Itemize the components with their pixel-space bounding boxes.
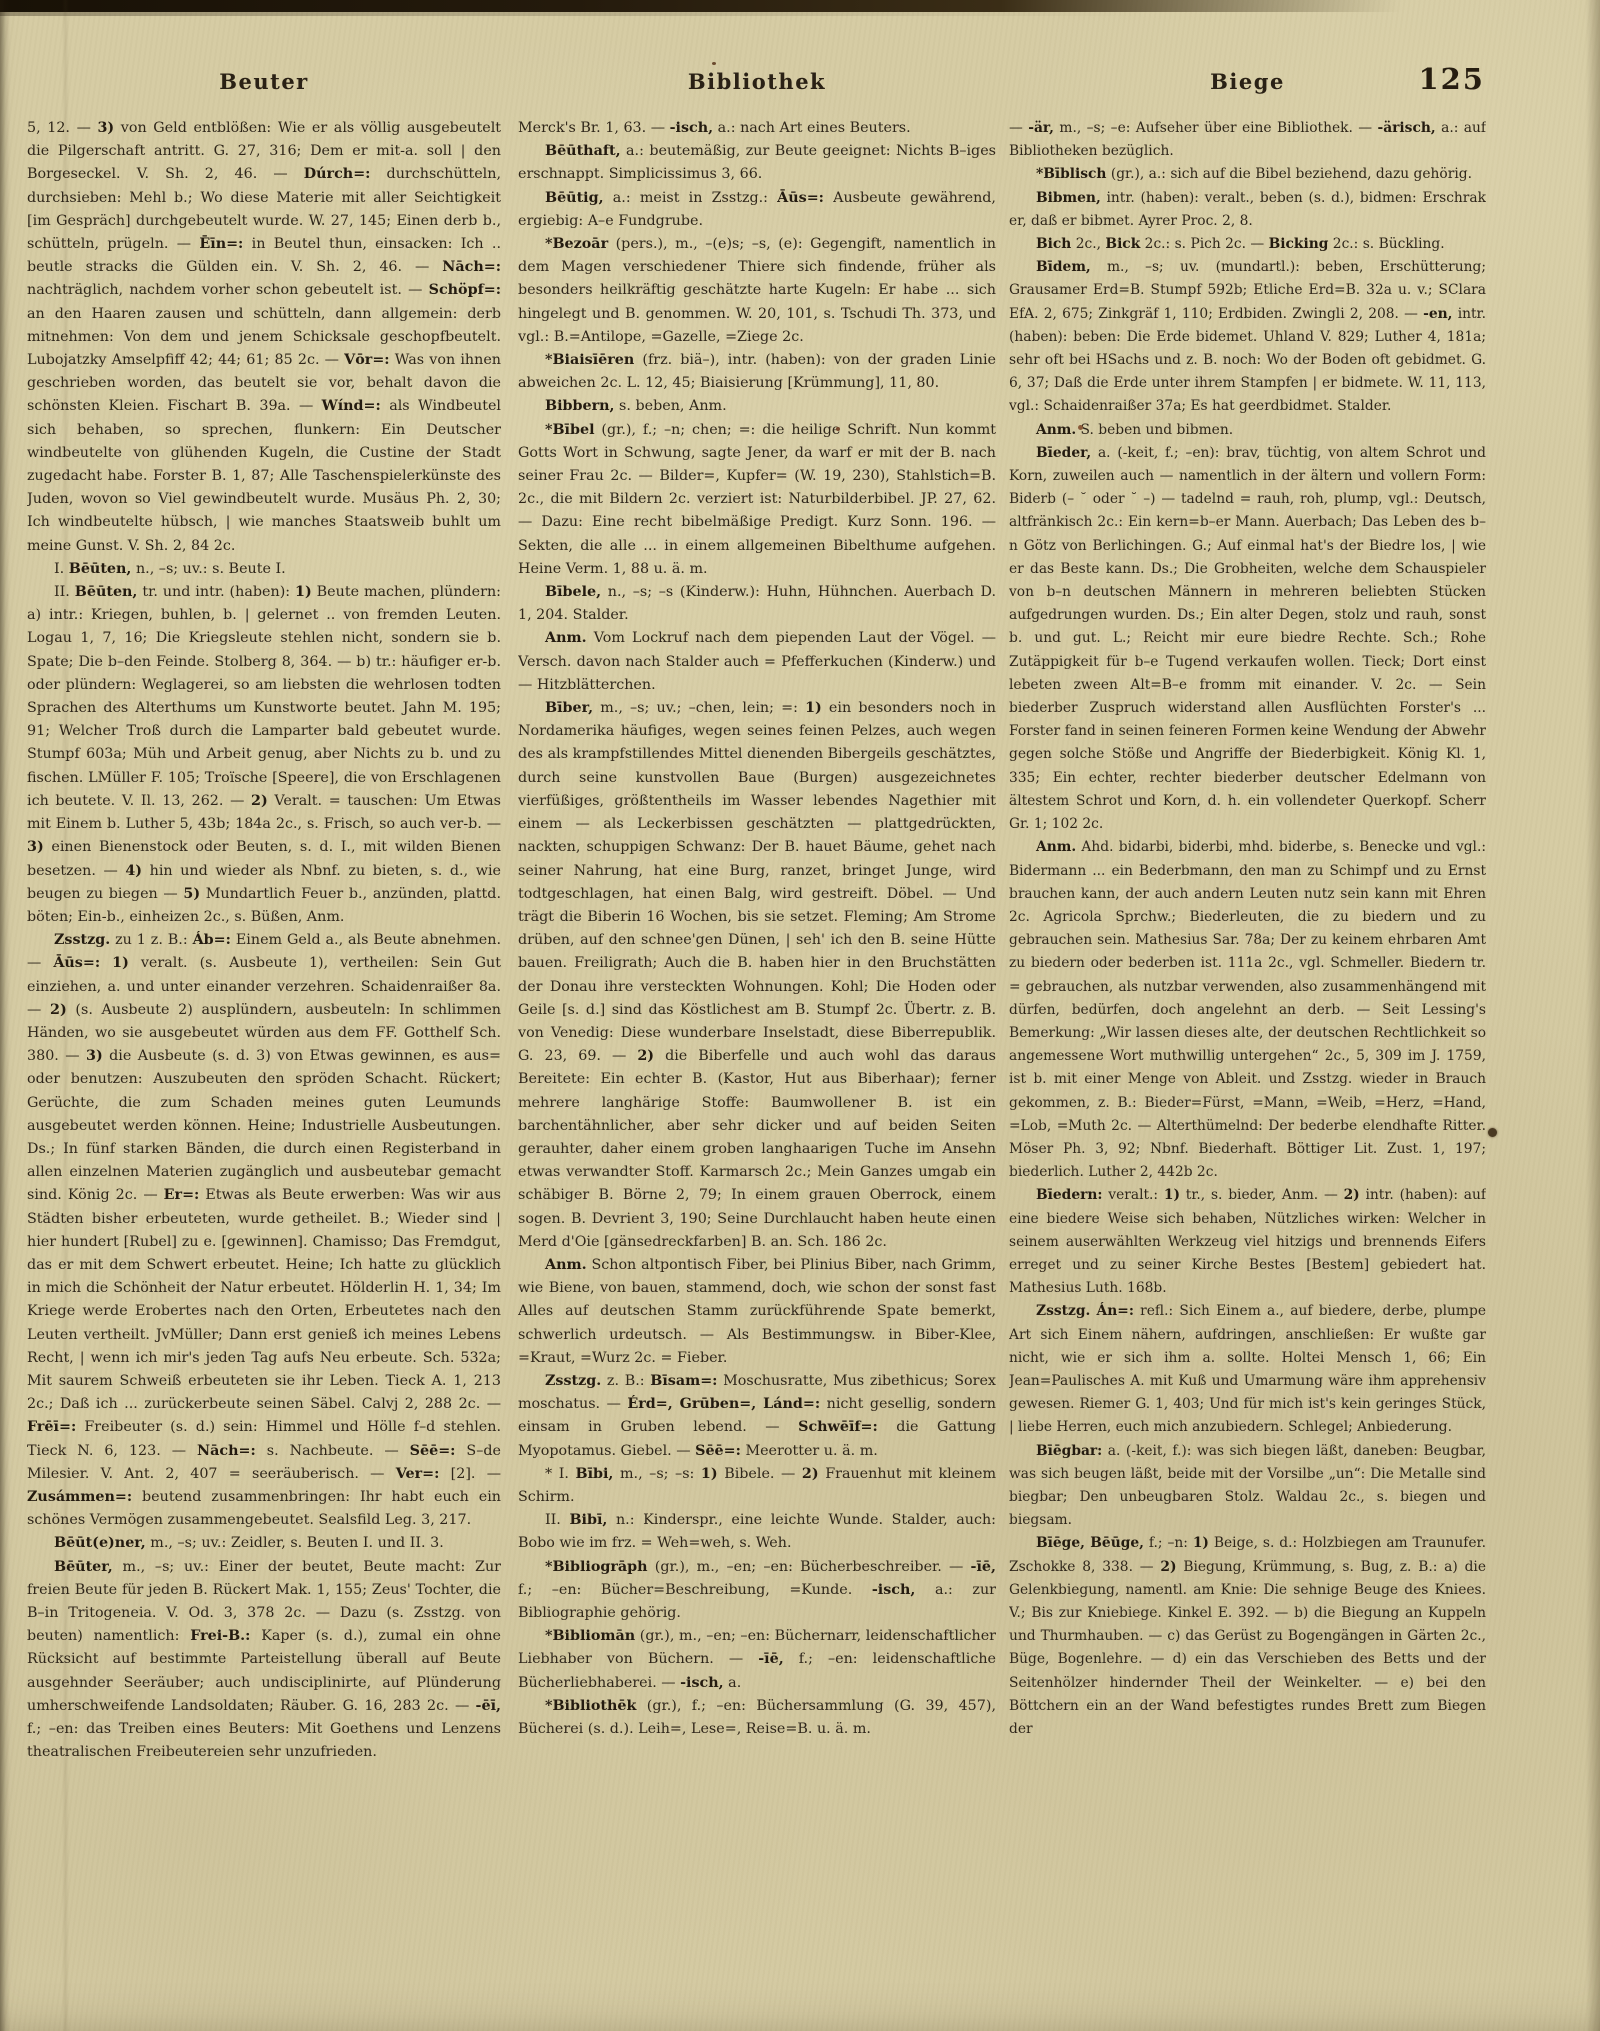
- text-column-3: — -är, m., –s; –e: Aufseher über eine Bi…: [1009, 117, 1486, 1915]
- paragraph: Anm. Ahd. bidarbi, biderbi, mhd. biderbe…: [1009, 836, 1486, 1184]
- scan-top-edge-shadow: [0, 0, 1430, 12]
- paragraph: 5, 12. — 3) von Geld entblößen: Wie er a…: [27, 117, 501, 558]
- paragraph: Bīēgbar: a. (-keit, f.): was sich biegen…: [1009, 1440, 1486, 1533]
- paragraph: Bībele, n., –s; –s (Kinderw.): Huhn, Hüh…: [518, 581, 996, 627]
- text-column-1: 5, 12. — 3) von Geld entblößen: Wie er a…: [27, 117, 501, 1915]
- paragraph: Bēūtig, a.: meist in Zsstzg.: Āūs=: Ausb…: [518, 187, 996, 233]
- paragraph: Bīedern: veralt.: 1) tr., s. bieder, Anm…: [1009, 1184, 1486, 1300]
- ink-speck: [1488, 1128, 1497, 1137]
- paragraph: *Bīblisch (gr.), a.: sich auf die Bibel …: [1009, 163, 1486, 186]
- paragraph: Anm. S. beben und bibmen.: [1009, 419, 1486, 442]
- ink-speck: [1078, 425, 1083, 430]
- paragraph: Bibmen, intr. (haben): veralt., beben (s…: [1009, 187, 1486, 233]
- scan-right-edge-shadow: [1586, 0, 1600, 2031]
- paragraph: Bīēge, Bēūge, f.; –n: 1) Beige, s. d.: H…: [1009, 1532, 1486, 1741]
- paragraph: * I. Bībi, m., –s; –s: 1) Bibele. — 2) F…: [518, 1463, 996, 1509]
- paragraph: Bīeder, a. (-keit, f.; –en): brav, tücht…: [1009, 442, 1486, 836]
- paragraph: Anm. Schon altpontisch Fiber, bei Pliniu…: [518, 1254, 996, 1370]
- ink-speck: [836, 427, 840, 431]
- paragraph: — -är, m., –s; –e: Aufseher über eine Bi…: [1009, 117, 1486, 163]
- paragraph: Zsstzg. zu 1 z. B.: Áb=: Einem Geld a., …: [27, 929, 501, 1532]
- paragraph: Bich 2c., Bick 2c.: s. Pich 2c. — Bickin…: [1009, 233, 1486, 256]
- paragraph: Zsstzg. Án=: refl.: Sich Einem a., auf b…: [1009, 1300, 1486, 1439]
- paragraph: Bēūter, m., –s; uv.: Einer der beutet, B…: [27, 1556, 501, 1765]
- paragraph: II. Bibī, n.: Kinderspr., eine leichte W…: [518, 1509, 996, 1555]
- paragraph: *Biaisīēren (frz. biä–), intr. (haben): …: [518, 349, 996, 395]
- ink-speck: [712, 62, 716, 65]
- text-column-2: Merck's Br. 1, 63. — -isch, a.: nach Art…: [518, 117, 996, 1915]
- page-number: 125: [1330, 62, 1485, 96]
- paragraph: Bēūthaft, a.: beutemäßig, zur Beute geei…: [518, 140, 996, 186]
- paragraph: Anm. Vom Lockruf nach dem piependen Laut…: [518, 627, 996, 697]
- paragraph: *Bibliomān (gr.), m., –en; –en: Bücherna…: [518, 1625, 996, 1695]
- paragraph: *Bībel (gr.), f.; –n; chen; =: die heili…: [518, 419, 996, 581]
- paragraph: *Bibliothēk (gr.), f.; –en: Büchersammlu…: [518, 1695, 996, 1741]
- paragraph: *Bezoār (pers.), m., –(e)s; –s, (e): Geg…: [518, 233, 996, 349]
- paragraph: Zsstzg. z. B.: Bīsam=: Moschusratte, Mus…: [518, 1370, 996, 1463]
- paragraph: II. Bēūten, tr. und intr. (haben): 1) Be…: [27, 581, 501, 929]
- scan-top-edge-shadow-2: [0, 12, 1150, 16]
- paragraph: Bīber, m., –s; uv.; –chen, lein; =: 1) e…: [518, 697, 996, 1254]
- paragraph: *Bibliogrāph (gr.), m., –en; –en: Bücher…: [518, 1556, 996, 1626]
- running-head-left: Beuter: [27, 70, 501, 94]
- paragraph: Bēūt(e)ner, m., –s; uv.: Zeidler, s. Beu…: [27, 1532, 501, 1555]
- running-head-center: Bibliothek: [518, 70, 996, 94]
- paragraph: Merck's Br. 1, 63. — -isch, a.: nach Art…: [518, 117, 996, 140]
- paragraph: Bibbern, s. beben, Anm.: [518, 395, 996, 418]
- paragraph: I. Bēūten, n., –s; uv.: s. Beute I.: [27, 558, 501, 581]
- dictionary-page-scan: Beuter Bibliothek Biege 125 5, 12. — 3) …: [0, 0, 1600, 2031]
- paragraph: Bīdem, m., –s; uv. (mundartl.): beben, E…: [1009, 256, 1486, 418]
- scan-left-edge-shadow: [0, 0, 10, 2031]
